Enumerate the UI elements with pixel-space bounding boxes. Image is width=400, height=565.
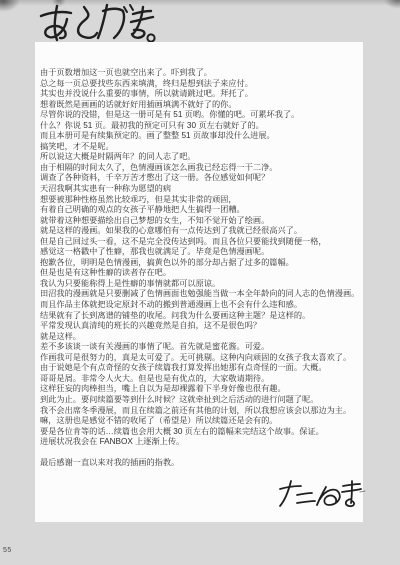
body-text-line: 想着既然是画画的话就好好用插画填满不就好了的你。 [40,100,364,111]
body-text-line: 总之每一页总要找些东西来填满，终归是想到法子来应付。 [40,79,364,90]
body-text-line: 由于说她是个有点奇怪的女孩子续篇我打算发挥出她那有点奇怪的一面。大概。 [40,363,364,374]
body-text-line: 作画我可是很努力的，真是太可爱了。无可挑剔。这种内向顽固的女孩子我太喜欢了。 [40,353,364,364]
tanuma-signature-calligraphy [276,479,366,509]
body-text-line: 尽管你说的没错，但是这一册可是有 51 页哟。你懂的吧。可累坏我了。 [40,110,364,121]
scan-smudge [0,0,20,12]
body-text-line: 但是也是有这种性癖的读者存在吧。 [40,268,364,279]
body-text-line [40,448,364,459]
body-text-line: 有着自己明确的观点的女孩子平静地把人生搞得一团糟。 [40,205,364,216]
body-text-line: 天沼我啊其实患有一种称为愿望的病 [40,184,364,195]
body-text-line: 抱歉各位，明明是色情漫画，搞黄色以外的部分却占据了过多的篇幅。 [40,258,364,269]
body-text-line: 什么？你说 51 页。最初我的预定可只有 30 页左右就好了的。 [40,121,364,132]
body-text-line: 就带着这种想要描绘出自己梦想的女生，不知不觉开始了绘画。 [40,216,364,227]
body-text-line: 想要被那种性格虽然比较乖巧，但是其实非常的顽固， [40,195,364,206]
body-text-line: 要是各位肯等的话…续篇也会用大概 30 页左右的篇幅来完结这个故事。保证。 [40,427,364,438]
body-text-line: 我不会出席冬季漫展，而且在续篇之前还有其他的计划，所以我想应该会以那边为主。 [40,406,364,417]
body-text-line: 而且作品主体就把设定原封不动的搬到普通漫画上也不会有什么违和感。 [40,300,364,311]
body-text-line: 由于页数增加这一页也就空出来了。吓到我了。 [40,68,364,79]
body-text-line: 而且本册可是有续集预定的。画了整整 51 页故事却没什么进展。 [40,131,364,142]
body-text-line: 平常发现认真清纯的班长的兴趣竟然是自拍，这不是很色吗？ [40,321,364,332]
atogaki-title-calligraphy [36,2,156,44]
body-text-line: 由于相隔的时间太久了，色情漫画该怎么画我已经忘得一干二净。 [40,163,364,174]
body-text-line: 我认为只要能称得上是性癖的事情就都可以原谅。 [40,279,364,290]
body-text-line: 这样狂妄的肉棒担当，嘴上自以为是却裸露着下半身好像也很有趣。 [40,384,364,395]
body-text-line: 就是这样的漫画。如果我的心意哪怕有一点传达到了我就已经很高兴了。 [40,226,364,237]
body-text-line: 哥哥是屑。非常令人火大。但是也是有优点的，大家敬请期待。 [40,374,364,385]
body-text-line: 感觉这一格戳中了性癖，那我也就满足了。毕竟是色情漫画呢。 [40,247,364,258]
body-text-line: 差不多该谈一谈有关漫画的事情了呢。首先就是蜜花酱。可爱。 [40,342,364,353]
body-text-line: 田沼我的漫画就是只要删减了色情画面也勉强能当做一本全年龄向的同人志的色情漫画。 [40,289,364,300]
body-text-line: 结果就有了长到离谱的铺垫的收尾。问我为什么要画这种主题？是这样的。 [40,311,364,322]
body-text-line: 进展状况我会在 FANBOX 上逐渐上传。 [40,437,364,448]
body-text-line: 嘛，这册也是感觉不错的收尾了（希望是）所以续篇还是会有的。 [40,416,364,427]
body-text-line: 就是这样。 [40,332,364,343]
page-number: 55 [3,547,12,554]
body-text-line: 所以说这大概是时隔两年？的同人志了吧。 [40,152,364,163]
body-text-line: 最后感谢一直以来对我的插画的指教。 [40,458,364,469]
afterword-body: 由于页数增加这一页也就空出来了。吓到我了。 总之每一页总要找些东西来填满，终归是… [40,68,364,469]
body-text-line: 其实也并没说什么重要的事情，所以就请跳过吧。拜托了。 [40,89,364,100]
body-text-line: 搞笑吧，才不是呢。 [40,142,364,153]
scan-smudge [384,0,400,9]
body-text-line: 但是自己回过头一看，这不是完全没传达到吗。而且各位只要能找到随便一格， [40,237,364,248]
body-text-line: 到此为止。要问续篇要等到什么时候？这就牵扯到之后活动的进行问题了呢。 [40,395,364,406]
scanned-afterword-page: あとがき。 由于页数增加这一页也就空出来了。吓到我了。 总之每一页总要找些东西来… [0,0,400,565]
body-text-line: 调查了各种资料，千辛万苦才憋出了这一册。各位感觉如何呢？ [40,173,364,184]
